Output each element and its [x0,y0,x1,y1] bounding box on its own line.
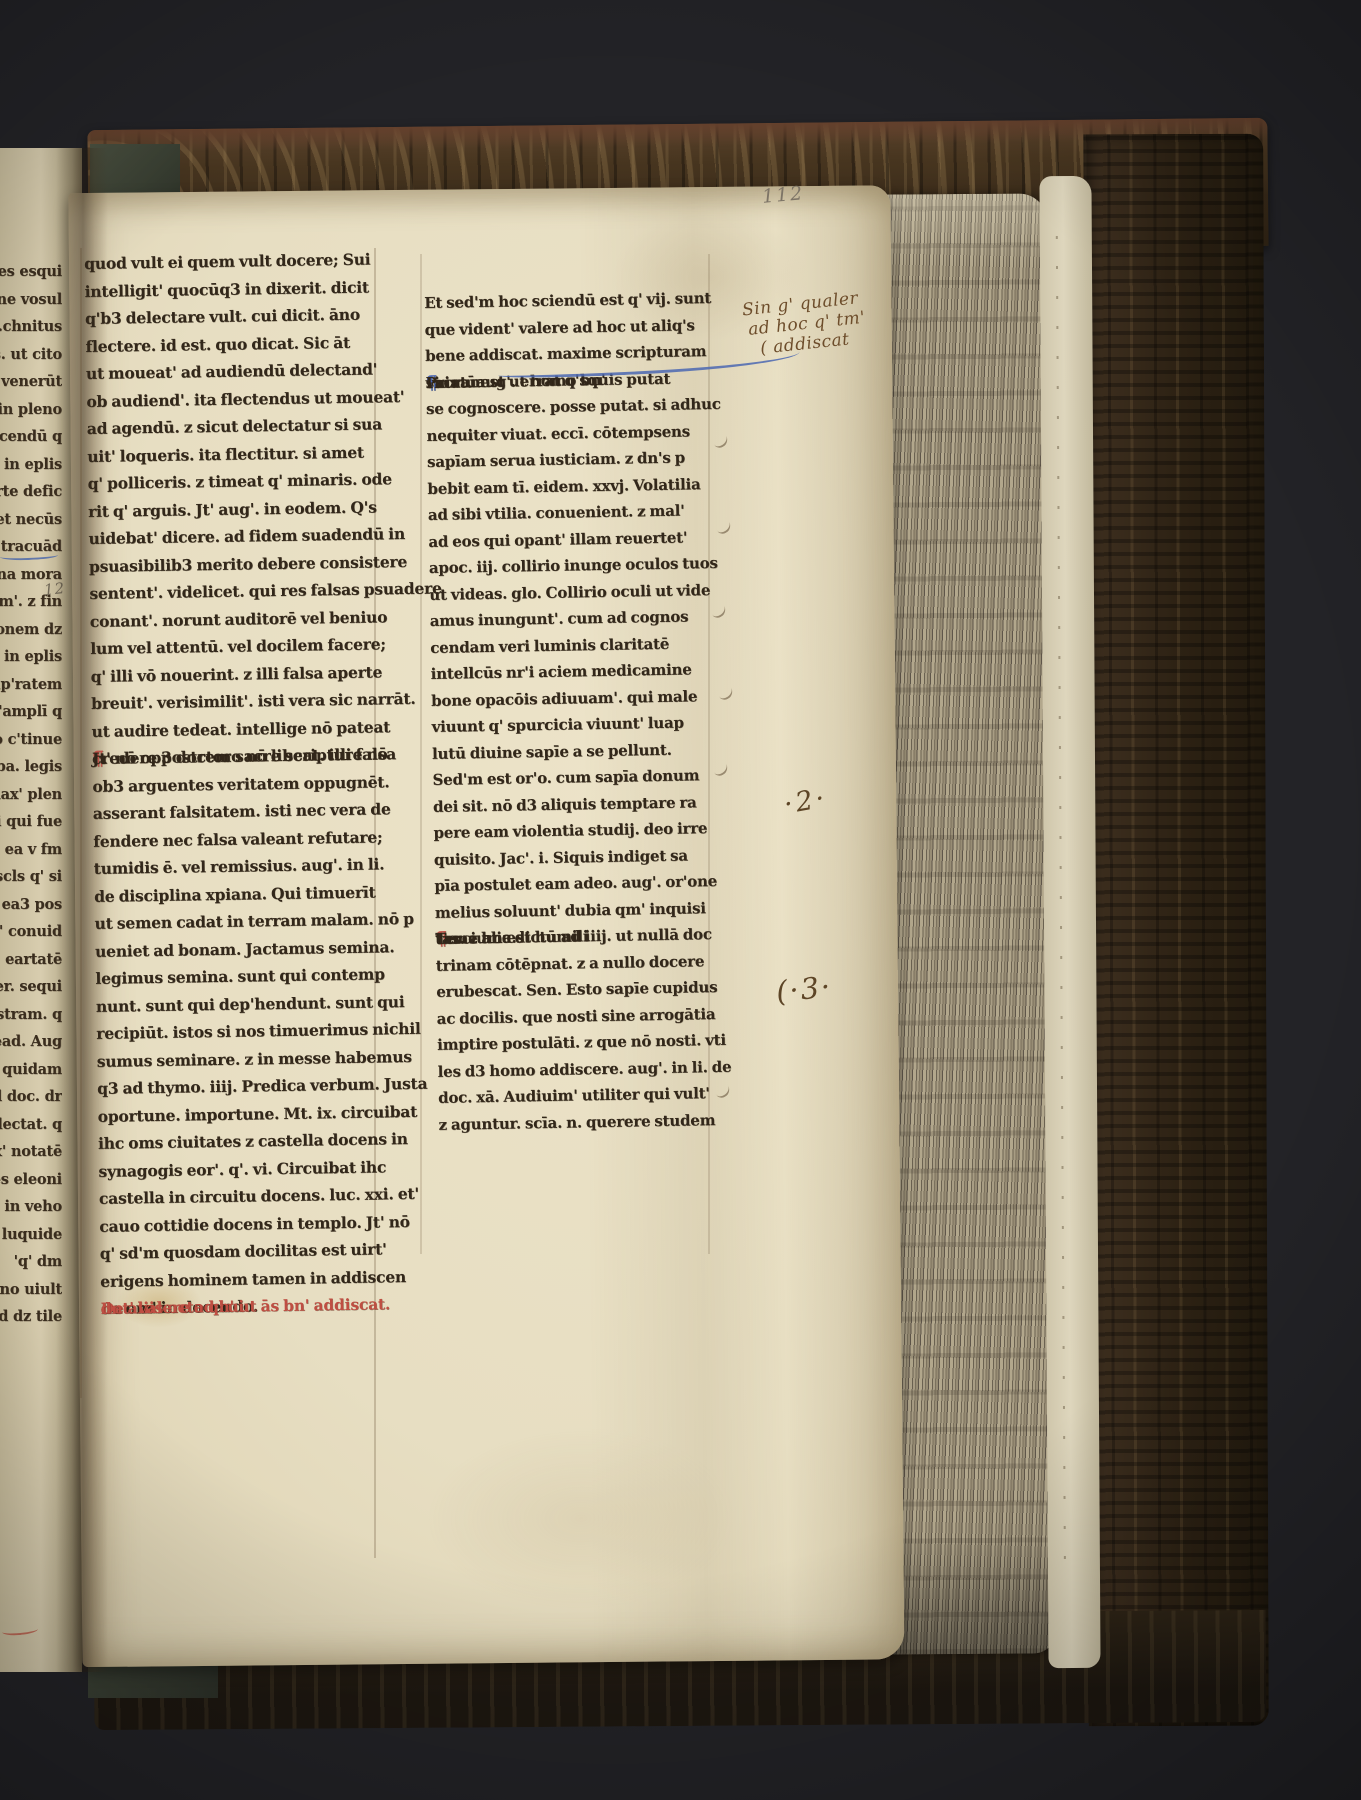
facing-text-fragment: didecendū q' [0,423,62,451]
facing-text-fragment: r in pleno [0,396,62,424]
endleaf-edge [1039,176,1100,1668]
facing-text-fragment: rel ea v fm [0,836,62,864]
facing-text-fragment: uei qui fue [0,808,62,836]
page-edges-stack [877,193,1057,1654]
facing-text-fragment: las. venerūt [0,368,62,396]
facing-text-fragment: max' plen [0,781,62,809]
facing-text-fragment: eartatē [0,946,62,974]
facing-text-fragment: q' dm' [0,1248,62,1276]
text-column-right: Et sed'm hoc sciendū est q' vij. suntque… [424,285,739,1138]
facing-text-fragment: eū. in eplis [0,451,62,479]
manuscript-photo: es esquimone vosulchnitus.res. ut citola… [0,0,1361,1800]
red-marginal-mark [2,1624,39,1636]
ruling-line [80,248,82,1398]
facing-text-fragment: delectat. q' [0,1111,62,1139]
facing-text-fragment: stram. q' [0,1001,62,1029]
facing-text-fragment: ba. legis [0,753,62,781]
facing-text-fragment: res eleoni [0,1166,62,1194]
facing-text-fragment: er. sequi [0,973,62,1001]
facing-text-fragment: ut' conuid [0,918,62,946]
facing-text-fragment: in veho [0,1193,62,1221]
facing-text-fragment: ber ea3 pos [0,891,62,919]
facing-text-fragment: es esqui [0,258,62,286]
facing-text-fragment: chnitus. [0,313,62,341]
text-column-left: quod vult ei quem vult docere; Suiintell… [84,245,400,1295]
facing-text-fragment: mone vosul [0,286,62,314]
facing-text-fragment: onem dz [0,616,62,644]
facing-text-fragment: res. ut cito [0,341,62,369]
facing-text-fragment: read. Aug' [0,1028,62,1056]
facing-text-fragment: luquide [0,1221,62,1249]
marginal-annotation: Sin g' qualerad hoc q' tm'( addiscat [741,288,868,360]
facing-page-text-fragments: es esquimone vosulchnitus.res. ut citola… [0,258,62,1331]
pencil-folio-number: 112 [761,182,805,208]
facing-text-fragment: o quidam [0,1056,62,1084]
facing-text-fragment: ad doc. dr' [0,1083,62,1111]
manuscript-text-line: z aguntur. scīa. n. querere studem [438,1106,738,1138]
facing-text-fragment: ed dz tile [0,1303,62,1331]
facing-text-fragment: o c'tinue [0,726,62,754]
binding-right-cover [1083,134,1269,1727]
marginal-number-3: (·3· [774,969,833,1009]
facing-text-fragment: ex' notatē [0,1138,62,1166]
facing-text-fragment: parte defic [0,478,62,506]
facing-text-fragment: uscls q' si [0,863,62,891]
facing-text-fragment: amplī q' [0,698,62,726]
facing-text-fragment: up'ratem. [0,671,62,699]
facing-text-fragment: eū. in eplis [0,643,62,671]
facing-text-fragment: et necūs. [0,506,62,534]
ruling-line [420,254,422,1254]
facing-text-fragment: no uiult' [0,1276,62,1304]
